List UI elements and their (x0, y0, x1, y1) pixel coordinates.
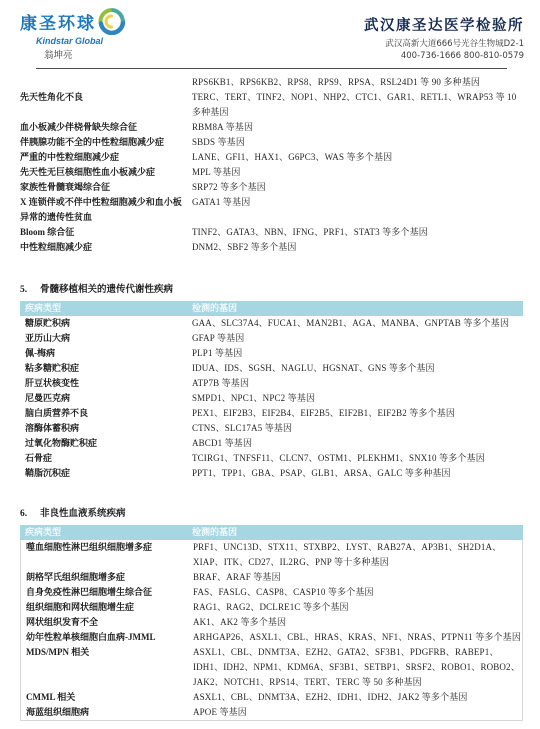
disease-name: 尼曼匹克病 (25, 391, 192, 406)
table-row: 朗格罕氏组织细胞增多症 BRAF、ARAF 等基因 (26, 570, 522, 585)
disease-name (20, 75, 192, 90)
gene-list: LANE、GFI1、HAX1、G6PC3、WAS 等多个基因 (192, 150, 523, 165)
section6-title-text: 非良性血液系统疾病 (40, 507, 126, 522)
gene-list: IDUA、IDS、SGSH、NAGLU、HGSNAT、GNS 等多个基因 (192, 361, 523, 376)
gene-list: MPL 等基因 (192, 165, 523, 180)
disease-name: 严重的中性粒细胞减少症 (20, 150, 192, 165)
table-row: RPS6KB1、RPS6KB2、RPS8、RPS9、RPSA、RSL24D1 等… (20, 75, 523, 90)
section6-header-bar: 疾病类型 检测的基因 (20, 525, 523, 540)
gene-list: GFAP 等基因 (192, 331, 523, 346)
table-row: 自身免疫性淋巴细胞增生综合征 FAS、FASLG、CASP8、CASP10 等多… (26, 585, 522, 600)
column-header-genes: 检测的基因 (192, 301, 523, 316)
gene-list: GAA、SLC37A4、FUCA1、MAN2B1、AGA、MANBA、GNPTA… (192, 316, 523, 331)
table-row: 海蓝组织细胞病 APOE 等基因 (26, 705, 522, 720)
gene-list: PLP1 等基因 (192, 346, 523, 361)
brand-block: 康圣环球 Kindstar Global 翁坤亮 (20, 12, 190, 63)
disease-name: 先天性无巨核细胞性血小板减少症 (20, 165, 192, 180)
gene-list: PEX1、EIF2B3、EIF2B4、EIF2B5、EIF2B1、EIF2B2 … (192, 406, 523, 421)
document-page: 康圣环球 Kindstar Global 翁坤亮 武汉康圣达医学检验所 武汉高新… (0, 0, 540, 729)
section6-table: 疾病类型 检测的基因 噬血细胞性淋巴组织细胞增多症 PRF1、UNC13D、ST… (20, 525, 523, 721)
signer-name: 翁坤亮 (44, 49, 190, 63)
column-header-disease: 疾病类型 (25, 525, 192, 540)
table-row: 网状组织发育不全 AK1、AK2 等多个基因 (26, 615, 522, 630)
page-header: 康圣环球 Kindstar Global 翁坤亮 武汉康圣达医学检验所 武汉高新… (0, 0, 540, 63)
section5-number: 5. (20, 283, 40, 298)
table-row: 家族性骨髓衰竭综合征 SRP72 等多个基因 (20, 180, 523, 195)
gene-list: BRAF、ARAF 等基因 (193, 570, 522, 585)
table-row: 噬血细胞性淋巴组织细胞增多症 PRF1、UNC13D、STX11、STXBP2、… (26, 540, 522, 570)
section5-title-text: 骨髓移植相关的遗传代谢性疾病 (40, 283, 173, 298)
table-row: MDS/MPN 相关 ASXL1、CBL、DNMT3A、EZH2、GATA2、S… (26, 645, 522, 690)
disease-name: 中性粒细胞减少症 (20, 240, 192, 255)
table-row: 中性粒细胞减少症 DNM2、SBF2 等多个基因 (20, 240, 523, 255)
table-row: 亚历山大病 GFAP 等基因 (25, 331, 523, 346)
disease-name: 粘多糖贮积症 (25, 361, 192, 376)
section6-number: 6. (20, 507, 40, 522)
section6-title: 6. 非良性血液系统疾病 (0, 507, 540, 522)
gene-list: RAG1、RAG2、DCLRE1C 等多个基因 (193, 600, 522, 615)
gene-list: SRP72 等多个基因 (192, 180, 523, 195)
gene-list: DNM2、SBF2 等多个基因 (192, 240, 523, 255)
gene-list: TCIRG1、TNFSF11、CLCN7、OSTM1、PLEKHM1、SNX10… (192, 451, 523, 466)
table-row: 佩-梅病 PLP1 等基因 (25, 346, 523, 361)
disease-name: 脑白质营养不良 (25, 406, 192, 421)
org-address: 武汉高新大道666号光谷生物城D2-1 (364, 38, 524, 50)
gene-list: ATP7B 等基因 (192, 376, 523, 391)
org-name: 武汉康圣达医学检验所 (364, 16, 524, 35)
table-row: 石骨症 TCIRG1、TNFSF11、CLCN7、OSTM1、PLEKHM1、S… (25, 451, 523, 466)
table-row: CMML 相关 ASXL1、CBL、DNMT3A、EZH2、IDH1、IDH2、… (26, 690, 522, 705)
brand-row: 康圣环球 (20, 12, 190, 36)
org-block: 武汉康圣达医学检验所 武汉高新大道666号光谷生物城D2-1 400-736-1… (364, 12, 524, 63)
gene-list: ASXL1、CBL、DNMT3A、EZH2、IDH1、IDH2、JAK2 等多个… (193, 690, 522, 705)
section5-table: 疾病类型 检测的基因 糖原贮积病 GAA、SLC37A4、FUCA1、MAN2B… (20, 301, 523, 481)
section5-title: 5. 骨髓移植相关的遗传代谢性疾病 (0, 283, 540, 298)
disease-name: 海蓝组织细胞病 (26, 705, 193, 720)
disease-name: 朗格罕氏组织细胞增多症 (26, 570, 193, 585)
table-row: 粘多糖贮积症 IDUA、IDS、SGSH、NAGLU、HGSNAT、GNS 等多… (25, 361, 523, 376)
table-row: X 连锁伴或不伴中性粒细胞减少和血小板异常的遗传性贫血 GATA1 等基因 (20, 195, 523, 225)
gene-list: RPS6KB1、RPS6KB2、RPS8、RPS9、RPSA、RSL24D1 等… (192, 75, 523, 90)
gene-list: ASXL1、CBL、DNMT3A、EZH2、GATA2、SF3B1、PDGFRB… (193, 645, 522, 690)
disease-name: 石骨症 (25, 451, 192, 466)
gene-list: APOE 等基因 (193, 705, 522, 720)
org-phone: 400-736-1666 800-810-0579 (364, 50, 524, 62)
disease-name: 鞘脂沉积症 (25, 466, 192, 481)
section5-header-bar: 疾病类型 检测的基因 (20, 301, 523, 316)
disease-name: 噬血细胞性淋巴组织细胞增多症 (26, 540, 193, 570)
table-row: 伴胰腺功能不全的中性粒细胞减少症 SBDS 等基因 (20, 135, 523, 150)
disease-name: X 连锁伴或不伴中性粒细胞减少和血小板异常的遗传性贫血 (20, 195, 192, 225)
disease-name: CMML 相关 (26, 690, 193, 705)
gene-list: SMPD1、NPC1、NPC2 等基因 (192, 391, 523, 406)
disease-name: 先天性角化不良 (20, 90, 192, 120)
disease-name: 网状组织发育不全 (26, 615, 193, 630)
gene-list: AK1、AK2 等多个基因 (193, 615, 522, 630)
gene-list: PPT1、TPP1、GBA、PSAP、GLB1、ARSA、GALC 等多种基因 (192, 466, 523, 481)
gene-list: CTNS、SLC17A5 等基因 (192, 421, 523, 436)
disease-name: 幼年性粒单核细胞白血病-JMML (26, 630, 193, 645)
section5-rows: 糖原贮积病 GAA、SLC37A4、FUCA1、MAN2B1、AGA、MANBA… (20, 316, 523, 481)
table-row: 先天性角化不良 TERC、TERT、TINF2、NOP1、NHP2、CTC1、G… (20, 90, 523, 120)
gene-list: TERC、TERT、TINF2、NOP1、NHP2、CTC1、GAR1、RETL… (192, 90, 523, 120)
table-row: 肝豆状核变性 ATP7B 等基因 (25, 376, 523, 391)
disease-name: 伴胰腺功能不全的中性粒细胞减少症 (20, 135, 192, 150)
disease-name: 组织细胞和网状细胞增生症 (26, 600, 193, 615)
gene-list: TINF2、GATA3、NBN、IFNG、PRF1、STAT3 等多个基因 (192, 225, 523, 240)
column-header-disease: 疾病类型 (25, 301, 192, 316)
table-row: 脑白质营养不良 PEX1、EIF2B3、EIF2B4、EIF2B5、EIF2B1… (25, 406, 523, 421)
disease-name: 过氧化物酶贮积症 (25, 436, 192, 451)
gene-list: PRF1、UNC13D、STX11、STXBP2、LYST、RAB27A、AP3… (193, 540, 522, 570)
table-row: 糖原贮积病 GAA、SLC37A4、FUCA1、MAN2B1、AGA、MANBA… (25, 316, 523, 331)
gene-list: RBM8A 等基因 (192, 120, 523, 135)
brand-name-cn: 康圣环球 (20, 12, 96, 36)
table-row: 幼年性粒单核细胞白血病-JMML ARHGAP26、ASXL1、CBL、HRAS… (26, 630, 522, 645)
disease-name: 血小板减少伴桡骨缺失综合征 (20, 120, 192, 135)
table-row: 严重的中性粒细胞减少症 LANE、GFI1、HAX1、G6PC3、WAS 等多个… (20, 150, 523, 165)
disease-name: 亚历山大病 (25, 331, 192, 346)
disease-name: MDS/MPN 相关 (26, 645, 193, 690)
table-row: 尼曼匹克病 SMPD1、NPC1、NPC2 等基因 (25, 391, 523, 406)
disease-name: 家族性骨髓衰竭综合征 (20, 180, 192, 195)
table-row: Bloom 综合征 TINF2、GATA3、NBN、IFNG、PRF1、STAT… (20, 225, 523, 240)
disease-name: 糖原贮积病 (25, 316, 192, 331)
table-row: 血小板减少伴桡骨缺失综合征 RBM8A 等基因 (20, 120, 523, 135)
disease-name: 溶酶体蓄积病 (25, 421, 192, 436)
disease-name: 自身免疫性淋巴细胞增生综合征 (26, 585, 193, 600)
table-row: 过氧化物酶贮积症 ABCD1 等基因 (25, 436, 523, 451)
disease-name: 佩-梅病 (25, 346, 192, 361)
section6-rows: 噬血细胞性淋巴组织细胞增多症 PRF1、UNC13D、STX11、STXBP2、… (20, 540, 523, 721)
table-row: 组织细胞和网状细胞增生症 RAG1、RAG2、DCLRE1C 等多个基因 (26, 600, 522, 615)
table-row: 鞘脂沉积症 PPT1、TPP1、GBA、PSAP、GLB1、ARSA、GALC … (25, 466, 523, 481)
disease-name: Bloom 综合征 (20, 225, 192, 240)
top-table: RPS6KB1、RPS6KB2、RPS8、RPS9、RPSA、RSL24D1 等… (20, 75, 523, 255)
gene-list: FAS、FASLG、CASP8、CASP10 等多个基因 (193, 585, 522, 600)
gene-list: ABCD1 等基因 (192, 436, 523, 451)
disease-name: 肝豆状核变性 (25, 376, 192, 391)
column-header-genes: 检测的基因 (192, 525, 523, 540)
table-row: 先天性无巨核细胞性血小板减少症 MPL 等基因 (20, 165, 523, 180)
gene-list: GATA1 等基因 (192, 195, 523, 225)
header-divider (36, 68, 507, 69)
table-row: 溶酶体蓄积病 CTNS、SLC17A5 等基因 (25, 421, 523, 436)
gene-list: ARHGAP26、ASXL1、CBL、HRAS、KRAS、NF1、NRAS、PT… (193, 630, 522, 645)
gene-list: SBDS 等基因 (192, 135, 523, 150)
